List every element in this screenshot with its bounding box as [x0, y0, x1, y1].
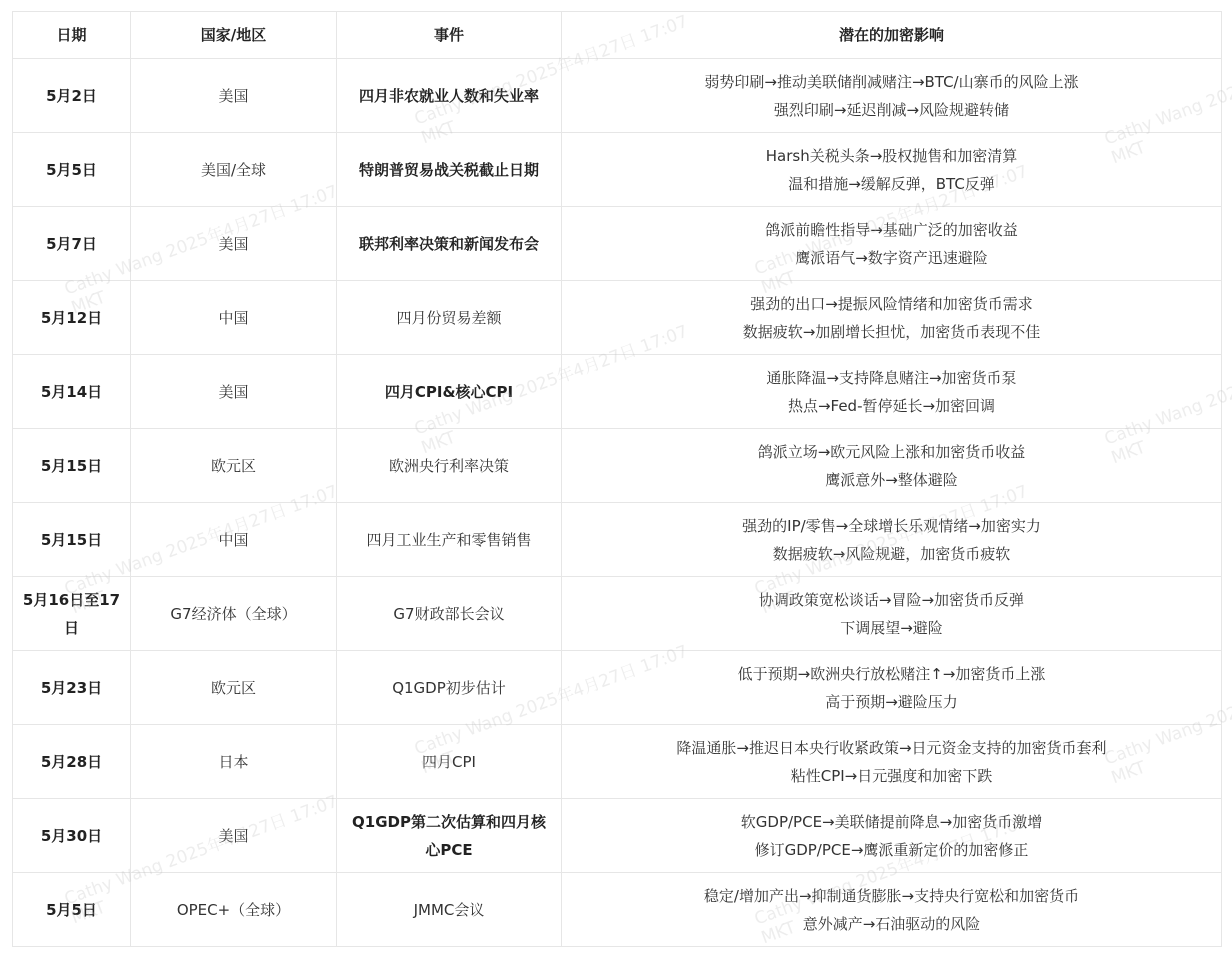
impact-line: 强劲的IP/零售→全球增长乐观情绪→加密实力 [570, 512, 1213, 540]
table-row: 5月16日至17日G7经济体（全球）G7财政部长会议协调政策宽松谈话→冒险→加密… [13, 577, 1222, 651]
header-region: 国家/地区 [131, 12, 337, 59]
impact-line: 意外减产→石油驱动的风险 [570, 910, 1213, 938]
crypto-impact: 弱势印刷→推动美联储削减赌注→BTC/山寨币的风险上涨强烈印刷→延迟削减→风险规… [562, 59, 1222, 133]
table-header-row: 日期 国家/地区 事件 潜在的加密影响 [13, 12, 1222, 59]
table-row: 5月7日美国联邦利率决策和新闻发布会鸽派前瞻性指导→基础广泛的加密收益鹰派语气→… [13, 207, 1222, 281]
event-region: 美国 [131, 207, 337, 281]
impact-line: 协调政策宽松谈话→冒险→加密货币反弹 [570, 586, 1213, 614]
event-region: 美国 [131, 59, 337, 133]
impact-line: 修订GDP/PCE→鹰派重新定价的加密修正 [570, 836, 1213, 864]
crypto-impact: 鸽派立场→欧元风险上涨和加密货币收益鹰派意外→整体避险 [562, 429, 1222, 503]
event-name: 四月工业生产和零售销售 [337, 503, 562, 577]
impact-line: 鹰派语气→数字资产迅速避险 [570, 244, 1213, 272]
event-name: 四月份贸易差额 [337, 281, 562, 355]
event-name: G7财政部长会议 [337, 577, 562, 651]
event-name: Q1GDP第二次估算和四月核心PCE [337, 799, 562, 873]
table-row: 5月15日欧元区欧洲央行利率决策鸽派立场→欧元风险上涨和加密货币收益鹰派意外→整… [13, 429, 1222, 503]
impact-line: 鹰派意外→整体避险 [570, 466, 1213, 494]
table-row: 5月28日日本四月CPI降温通胀→推迟日本央行收紧政策→日元资金支持的加密货币套… [13, 725, 1222, 799]
crypto-impact: 通胀降温→支持降息赌注→加密货币泵热点→Fed-暂停延长→加密回调 [562, 355, 1222, 429]
impact-line: 通胀降温→支持降息赌注→加密货币泵 [570, 364, 1213, 392]
crypto-impact: 强劲的出口→提振风险情绪和加密货币需求数据疲软→加剧增长担忧，加密货币表现不佳 [562, 281, 1222, 355]
impact-line: 鸽派立场→欧元风险上涨和加密货币收益 [570, 438, 1213, 466]
event-name: 四月CPI&核心CPI [337, 355, 562, 429]
impact-line: 强烈印刷→延迟削减→风险规避转储 [570, 96, 1213, 124]
event-region: 美国 [131, 355, 337, 429]
impact-line: 数据疲软→加剧增长担忧，加密货币表现不佳 [570, 318, 1213, 346]
header-date: 日期 [13, 12, 131, 59]
event-region: G7经济体（全球） [131, 577, 337, 651]
impact-line: 下调展望→避险 [570, 614, 1213, 642]
event-name: 四月CPI [337, 725, 562, 799]
event-region: 欧元区 [131, 429, 337, 503]
impact-line: 热点→Fed-暂停延长→加密回调 [570, 392, 1213, 420]
impact-line: 低于预期→欧洲央行放松赌注↑→加密货币上涨 [570, 660, 1213, 688]
crypto-impact: 降温通胀→推迟日本央行收紧政策→日元资金支持的加密货币套利粘性CPI→日元强度和… [562, 725, 1222, 799]
event-date: 5月15日 [13, 429, 131, 503]
crypto-impact: 强劲的IP/零售→全球增长乐观情绪→加密实力数据疲软→风险规避，加密货币疲软 [562, 503, 1222, 577]
event-date: 5月7日 [13, 207, 131, 281]
event-region: OPEC+（全球） [131, 873, 337, 947]
impact-line: 高于预期→避险压力 [570, 688, 1213, 716]
event-name: 欧洲央行利率决策 [337, 429, 562, 503]
impact-line: 稳定/增加产出→抑制通货膨胀→支持央行宽松和加密货币 [570, 882, 1213, 910]
crypto-impact: 稳定/增加产出→抑制通货膨胀→支持央行宽松和加密货币意外减产→石油驱动的风险 [562, 873, 1222, 947]
crypto-impact: 鸽派前瞻性指导→基础广泛的加密收益鹰派语气→数字资产迅速避险 [562, 207, 1222, 281]
crypto-impact: Harsh关税头条→股权抛售和加密清算温和措施→缓解反弹，BTC反弹 [562, 133, 1222, 207]
impact-line: 软GDP/PCE→美联储提前降息→加密货币激增 [570, 808, 1213, 836]
table-row: 5月2日美国四月非农就业人数和失业率弱势印刷→推动美联储削减赌注→BTC/山寨币… [13, 59, 1222, 133]
table-row: 5月5日OPEC+（全球）JMMC会议稳定/增加产出→抑制通货膨胀→支持央行宽松… [13, 873, 1222, 947]
event-date: 5月5日 [13, 873, 131, 947]
impact-line: 降温通胀→推迟日本央行收紧政策→日元资金支持的加密货币套利 [570, 734, 1213, 762]
event-date: 5月5日 [13, 133, 131, 207]
event-date: 5月12日 [13, 281, 131, 355]
event-date: 5月14日 [13, 355, 131, 429]
impact-line: 数据疲软→风险规避，加密货币疲软 [570, 540, 1213, 568]
table-row: 5月5日美国/全球特朗普贸易战关税截止日期Harsh关税头条→股权抛售和加密清算… [13, 133, 1222, 207]
event-region: 美国 [131, 799, 337, 873]
impact-line: 温和措施→缓解反弹，BTC反弹 [570, 170, 1213, 198]
event-region: 中国 [131, 503, 337, 577]
crypto-impact: 协调政策宽松谈话→冒险→加密货币反弹下调展望→避险 [562, 577, 1222, 651]
crypto-impact: 低于预期→欧洲央行放松赌注↑→加密货币上涨高于预期→避险压力 [562, 651, 1222, 725]
event-region: 中国 [131, 281, 337, 355]
impact-line: 强劲的出口→提振风险情绪和加密货币需求 [570, 290, 1213, 318]
event-name: 四月非农就业人数和失业率 [337, 59, 562, 133]
header-event: 事件 [337, 12, 562, 59]
event-date: 5月15日 [13, 503, 131, 577]
table-row: 5月30日美国Q1GDP第二次估算和四月核心PCE软GDP/PCE→美联储提前降… [13, 799, 1222, 873]
table-row: 5月23日欧元区Q1GDP初步估计低于预期→欧洲央行放松赌注↑→加密货币上涨高于… [13, 651, 1222, 725]
header-impact: 潜在的加密影响 [562, 12, 1222, 59]
event-region: 日本 [131, 725, 337, 799]
event-date: 5月16日至17日 [13, 577, 131, 651]
crypto-impact: 软GDP/PCE→美联储提前降息→加密货币激增修订GDP/PCE→鹰派重新定价的… [562, 799, 1222, 873]
event-name: 联邦利率决策和新闻发布会 [337, 207, 562, 281]
events-table-container: 日期 国家/地区 事件 潜在的加密影响 5月2日美国四月非农就业人数和失业率弱势… [12, 11, 1221, 947]
impact-line: 粘性CPI→日元强度和加密下跌 [570, 762, 1213, 790]
event-name: Q1GDP初步估计 [337, 651, 562, 725]
impact-line: 鸽派前瞻性指导→基础广泛的加密收益 [570, 216, 1213, 244]
table-row: 5月12日中国四月份贸易差额强劲的出口→提振风险情绪和加密货币需求数据疲软→加剧… [13, 281, 1222, 355]
event-date: 5月28日 [13, 725, 131, 799]
table-row: 5月15日中国四月工业生产和零售销售强劲的IP/零售→全球增长乐观情绪→加密实力… [13, 503, 1222, 577]
event-date: 5月23日 [13, 651, 131, 725]
event-region: 美国/全球 [131, 133, 337, 207]
impact-line: 弱势印刷→推动美联储削减赌注→BTC/山寨币的风险上涨 [570, 68, 1213, 96]
event-name: 特朗普贸易战关税截止日期 [337, 133, 562, 207]
table-row: 5月14日美国四月CPI&核心CPI通胀降温→支持降息赌注→加密货币泵热点→Fe… [13, 355, 1222, 429]
event-date: 5月2日 [13, 59, 131, 133]
impact-line: Harsh关税头条→股权抛售和加密清算 [570, 142, 1213, 170]
event-date: 5月30日 [13, 799, 131, 873]
event-name: JMMC会议 [337, 873, 562, 947]
crypto-events-table: 日期 国家/地区 事件 潜在的加密影响 5月2日美国四月非农就业人数和失业率弱势… [12, 11, 1222, 947]
event-region: 欧元区 [131, 651, 337, 725]
